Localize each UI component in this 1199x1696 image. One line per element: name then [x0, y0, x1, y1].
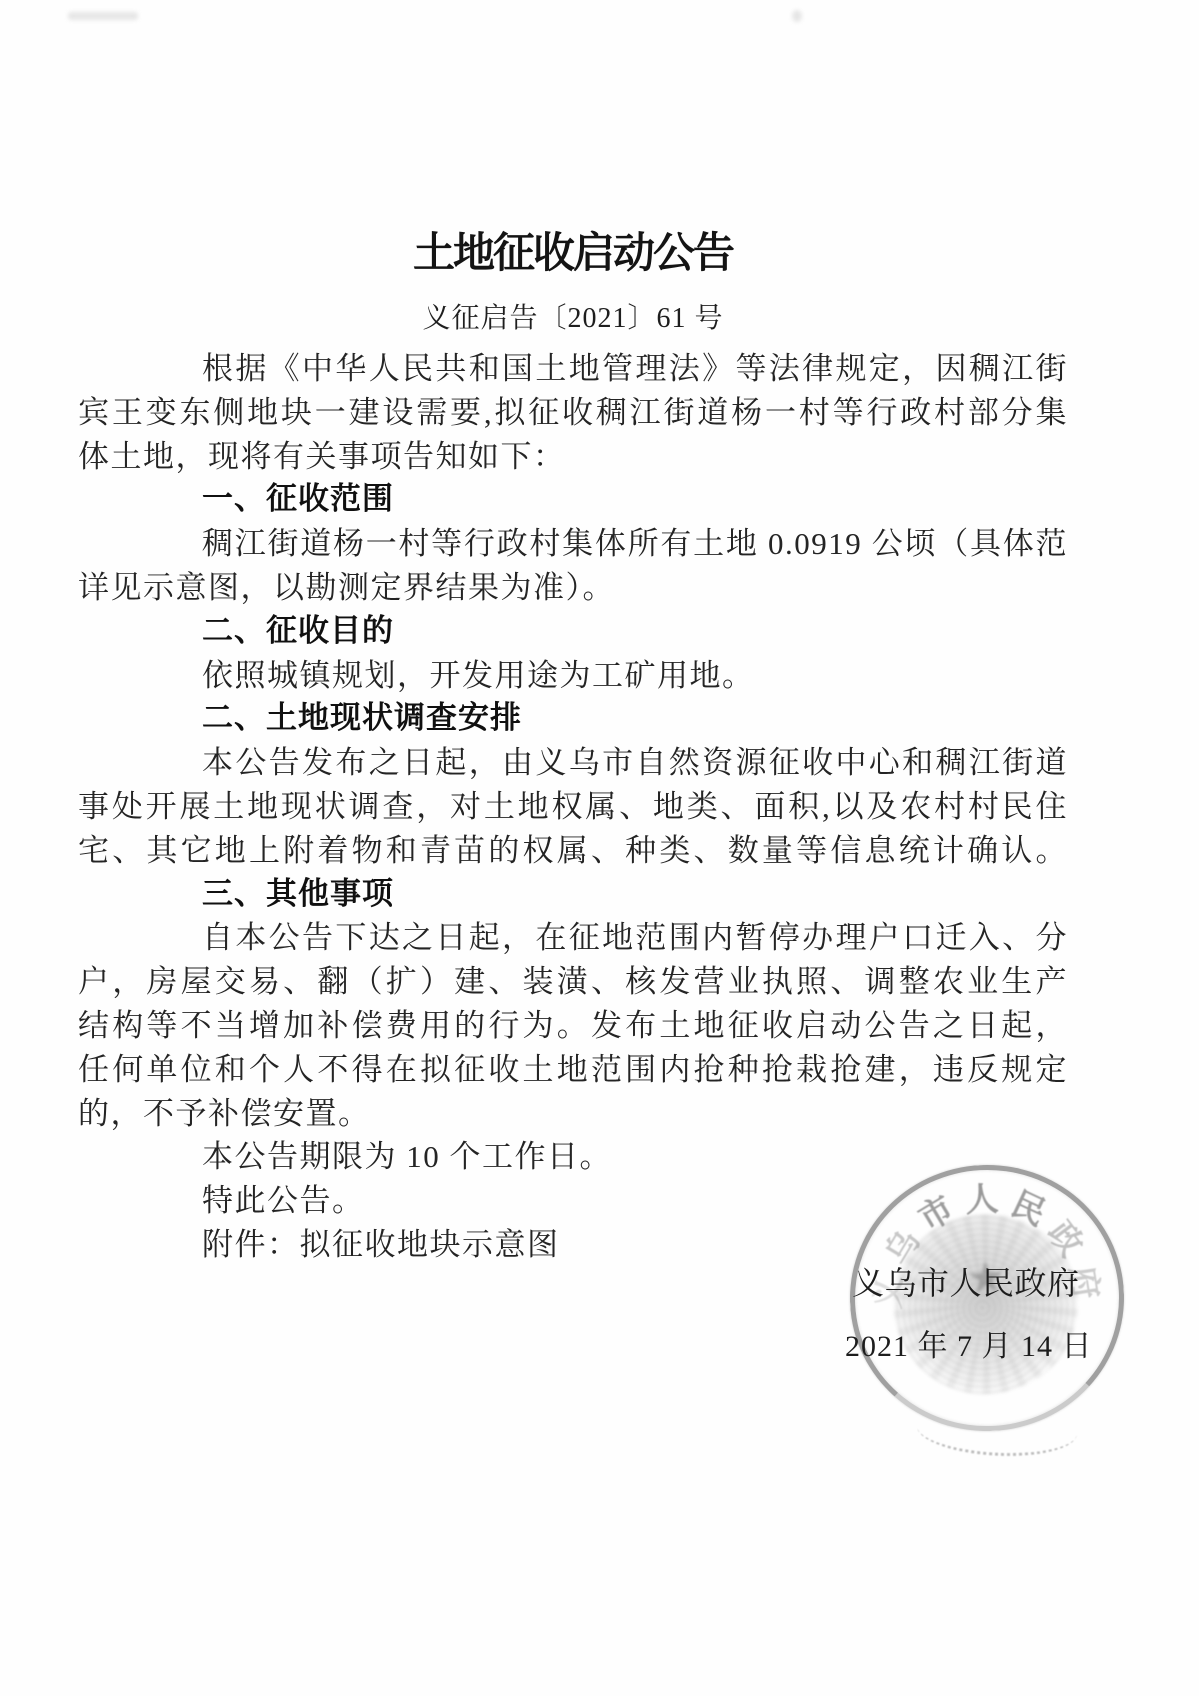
- body-line: 宾王变东侧地块一建设需要,拟征收稠江街道杨一村等行政村部分集: [78, 391, 1068, 435]
- body-line: 的，不予补偿安置。: [78, 1092, 1068, 1136]
- announcement-page: 土地征收启动公告 义征启告〔2021〕61 号 根据《中华人民共和国土地管理法》…: [0, 0, 1199, 1696]
- body-line: 宅、其它地上附着物和青苗的权属、种类、数量等信息统计确认。: [78, 829, 1068, 873]
- body-line: 事处开展土地现状调查，对土地权属、地类、面积,以及农村村民住: [78, 785, 1068, 829]
- body-line: 体土地，现将有关事项告知如下：: [78, 435, 1068, 479]
- section-heading: 三、其他事项: [78, 873, 1068, 917]
- seal-bottom-arc: [916, 1401, 1078, 1460]
- document-number: 义征启告〔2021〕61 号: [78, 304, 1068, 334]
- body-line: 户，房屋交易、翻（扩）建、装潢、核发营业执照、调整农业生产: [78, 960, 1068, 1004]
- body-line: 本公告期限为 10 个工作日。: [78, 1135, 1068, 1179]
- body-line: 详见示意图，以勘测定界结果为准）。: [78, 566, 1068, 610]
- scan-artifact: [792, 10, 802, 22]
- body-line: 任何单位和个人不得在拟征收土地范围内抢种抢栽抢建，违反规定: [78, 1048, 1068, 1092]
- page-title: 土地征收启动公告: [78, 229, 1068, 277]
- body-line: 根据《中华人民共和国土地管理法》等法律规定，因稠江街道: [78, 347, 1068, 391]
- body-line: 依照城镇规划，开发用途为工矿用地。: [78, 654, 1068, 698]
- scan-artifact: [68, 12, 138, 20]
- body-line: 结构等不当增加补偿费用的行为。发布土地征收启动公告之日起，: [78, 1004, 1068, 1048]
- section-heading: 二、土地现状调查安排: [78, 697, 1068, 741]
- body-line: 稠江街道杨一村等行政村集体所有土地 0.0919 公顷（具体范围: [78, 522, 1068, 566]
- seal-arc-char: 人: [964, 1173, 999, 1222]
- issuer-signature: 义乌市人民政府: [852, 1266, 1080, 1300]
- issue-date: 2021 年 7 月 14 日: [845, 1330, 1093, 1364]
- section-heading: 一、征收范围: [78, 478, 1068, 522]
- section-heading: 二、征收目的: [78, 610, 1068, 654]
- body-line: 本公告发布之日起，由义乌市自然资源征收中心和稠江街道办: [78, 741, 1068, 785]
- document-body: 根据《中华人民共和国土地管理法》等法律规定，因稠江街道宾王变东侧地块一建设需要,…: [78, 347, 1068, 1267]
- body-line: 自本公告下达之日起，在征地范围内暂停办理户口迁入、分: [78, 916, 1068, 960]
